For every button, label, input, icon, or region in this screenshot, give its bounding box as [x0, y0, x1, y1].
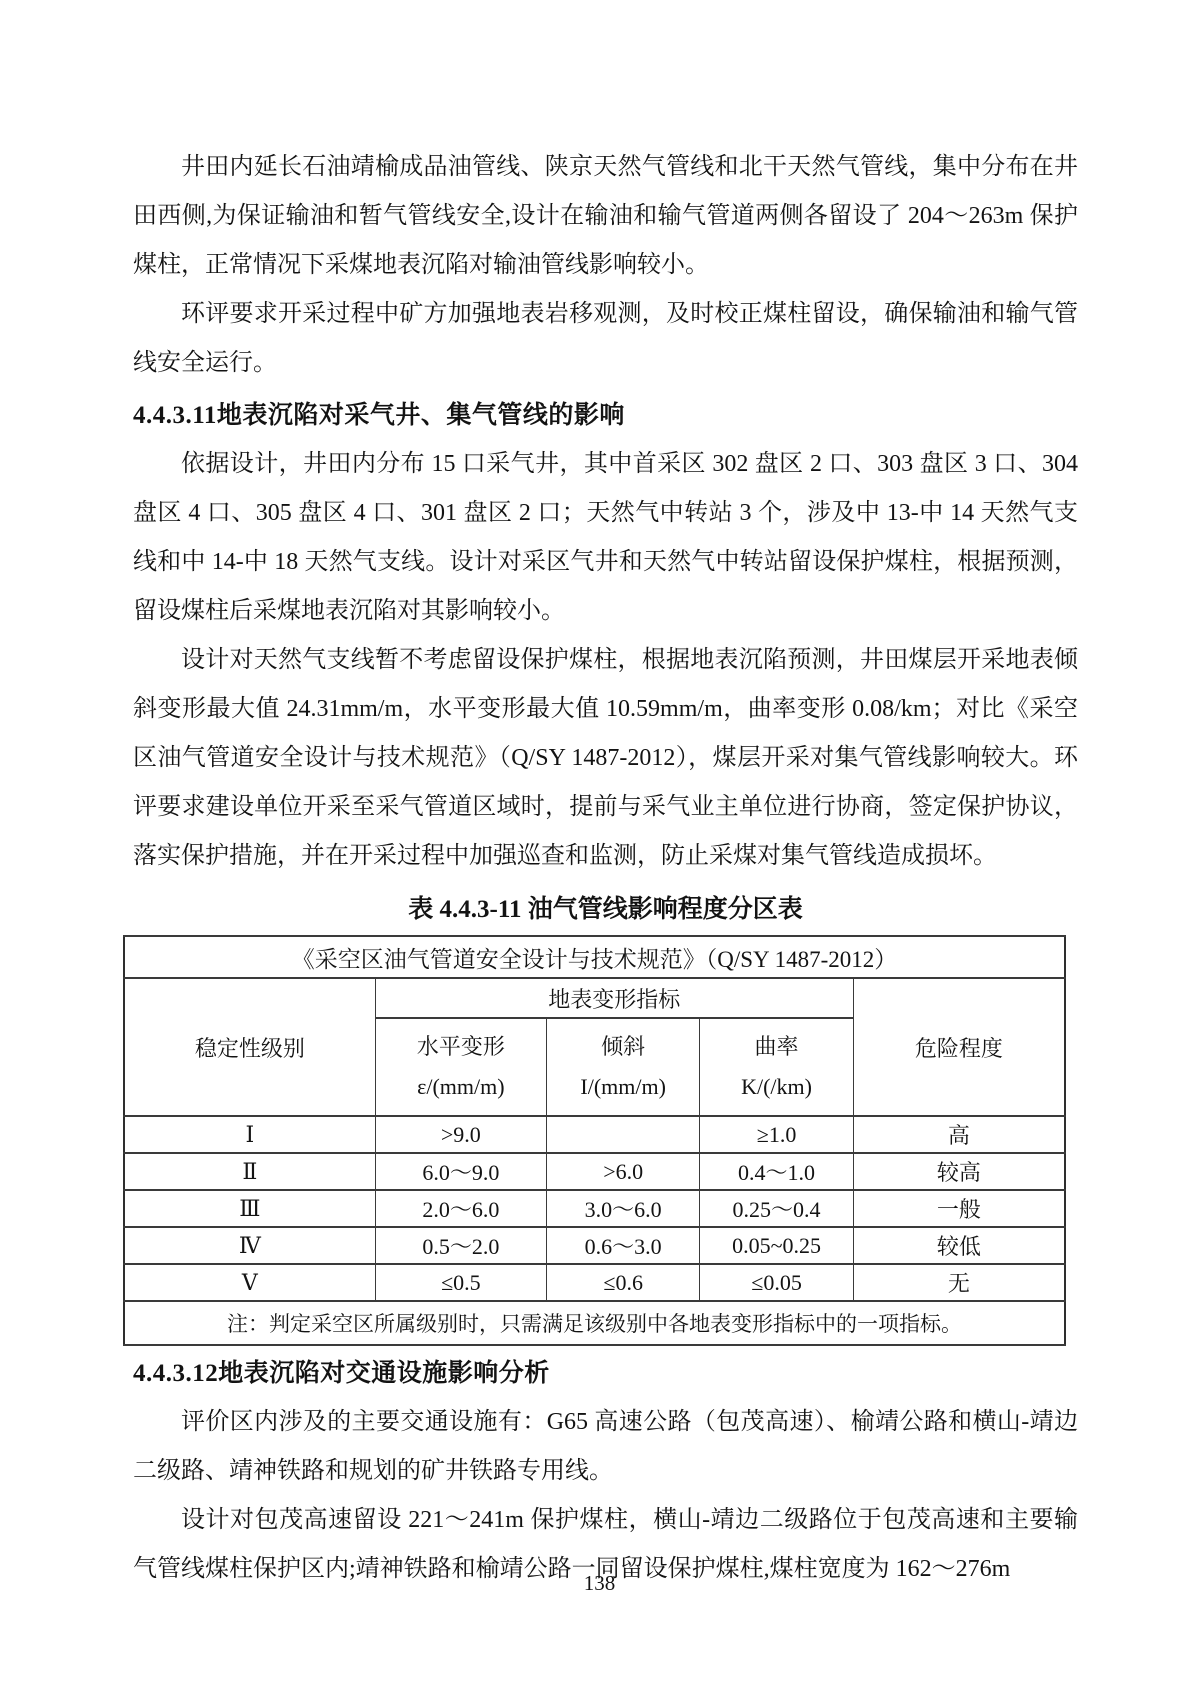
table-row-group-header: 稳定性级别 地表变形指标 危险程度 — [124, 978, 1065, 1018]
tilt-cell: 0.6～3.0 — [546, 1227, 699, 1264]
paragraph-gas-wells: 依据设计，井田内分布 15 口采气井，其中首采区 302 盘区 2 口、303 … — [133, 440, 1078, 636]
col-header-tilt-label: 倾斜 — [551, 1027, 695, 1067]
stability-level-cell: Ⅳ — [124, 1227, 375, 1264]
stability-level-cell: Ⅰ — [124, 1116, 375, 1153]
stability-level-cell: Ⅲ — [124, 1190, 375, 1227]
pipeline-impact-table: 《采空区油气管道安全设计与技术规范》（Q/SY 1487-2012） 稳定性级别… — [123, 935, 1066, 1346]
table-row-level-5: Ⅴ ≤0.5 ≤0.6 ≤0.05 无 — [124, 1264, 1065, 1301]
risk-cell: 高 — [853, 1116, 1065, 1153]
table-caption: 表 4.4.3-11 油气管线影响程度分区表 — [133, 894, 1078, 926]
horizontal-deform-cell: >9.0 — [375, 1116, 546, 1153]
paragraph-oil-pipelines: 井田内延长石油靖榆成品油管线、陕京天然气管线和北干天然气管线，集中分布在井田西侧… — [133, 143, 1078, 290]
tilt-cell: ≤0.6 — [546, 1264, 699, 1301]
heading-section-4-4-3-12: 4.4.3.12地表沉陷对交通设施影响分析 — [133, 1355, 1078, 1393]
page-number: 138 — [0, 1571, 1199, 1596]
col-header-tilt: 倾斜 I/(mm/m) — [546, 1018, 699, 1116]
risk-cell: 一般 — [853, 1190, 1065, 1227]
table-spec-header: 《采空区油气管道安全设计与技术规范》（Q/SY 1487-2012） — [124, 936, 1065, 978]
col-header-horizontal-unit: ε/(mm/m) — [380, 1067, 542, 1107]
col-header-deform-group: 地表变形指标 — [375, 978, 853, 1018]
tilt-cell: 3.0～6.0 — [546, 1190, 699, 1227]
table-row-level-3: Ⅲ 2.0～6.0 3.0～6.0 0.25～0.4 一般 — [124, 1190, 1065, 1227]
col-header-curvature-label: 曲率 — [704, 1027, 848, 1067]
risk-cell: 较低 — [853, 1227, 1065, 1264]
curvature-cell: 0.4～1.0 — [700, 1153, 853, 1190]
table-row-spec: 《采空区油气管道安全设计与技术规范》（Q/SY 1487-2012） — [124, 936, 1065, 978]
table-row-level-1: Ⅰ >9.0 ≥1.0 高 — [124, 1116, 1065, 1153]
table-row-note: 注：判定采空区所属级别时，只需满足该级别中各地表变形指标中的一项指标。 — [124, 1301, 1065, 1345]
stability-level-cell: Ⅴ — [124, 1264, 375, 1301]
col-header-curvature-unit: K/(/km) — [704, 1067, 848, 1107]
paragraph-eia-monitoring: 环评要求开采过程中矿方加强地表岩移观测，及时校正煤柱留设，确保输油和输气管线安全… — [133, 290, 1078, 388]
horizontal-deform-cell: 0.5～2.0 — [375, 1227, 546, 1264]
risk-cell: 无 — [853, 1264, 1065, 1301]
col-header-tilt-unit: I/(mm/m) — [551, 1067, 695, 1107]
horizontal-deform-cell: ≤0.5 — [375, 1264, 546, 1301]
table-row-level-2: Ⅱ 6.0～9.0 >6.0 0.4～1.0 较高 — [124, 1153, 1065, 1190]
tilt-cell — [546, 1116, 699, 1153]
col-header-horizontal: 水平变形 ε/(mm/m) — [375, 1018, 546, 1116]
curvature-cell: ≥1.0 — [700, 1116, 853, 1153]
col-header-curvature: 曲率 K/(/km) — [700, 1018, 853, 1116]
curvature-cell: 0.25～0.4 — [700, 1190, 853, 1227]
risk-cell: 较高 — [853, 1153, 1065, 1190]
horizontal-deform-cell: 6.0～9.0 — [375, 1153, 546, 1190]
col-header-horizontal-label: 水平变形 — [380, 1027, 542, 1067]
curvature-cell: 0.05~0.25 — [700, 1227, 853, 1264]
curvature-cell: ≤0.05 — [700, 1264, 853, 1301]
document-page: 井田内延长石油靖榆成品油管线、陕京天然气管线和北干天然气管线，集中分布在井田西侧… — [0, 0, 1199, 1696]
table-note: 注：判定采空区所属级别时，只需满足该级别中各地表变形指标中的一项指标。 — [124, 1301, 1065, 1345]
heading-section-4-4-3-11: 4.4.3.11地表沉陷对采气井、集气管线的影响 — [133, 397, 1078, 435]
paragraph-gas-branch-lines: 设计对天然气支线暂不考虑留设保护煤柱，根据地表沉陷预测，井田煤层开采地表倾斜变形… — [133, 636, 1078, 881]
tilt-cell: >6.0 — [546, 1153, 699, 1190]
table-row-level-4: Ⅳ 0.5～2.0 0.6～3.0 0.05~0.25 较低 — [124, 1227, 1065, 1264]
paragraph-traffic-facilities: 评价区内涉及的主要交通设施有：G65 高速公路（包茂高速）、榆靖公路和横山-靖边… — [133, 1398, 1078, 1496]
horizontal-deform-cell: 2.0～6.0 — [375, 1190, 546, 1227]
col-header-risk: 危险程度 — [853, 978, 1065, 1116]
stability-level-cell: Ⅱ — [124, 1153, 375, 1190]
col-header-stability: 稳定性级别 — [124, 978, 375, 1116]
